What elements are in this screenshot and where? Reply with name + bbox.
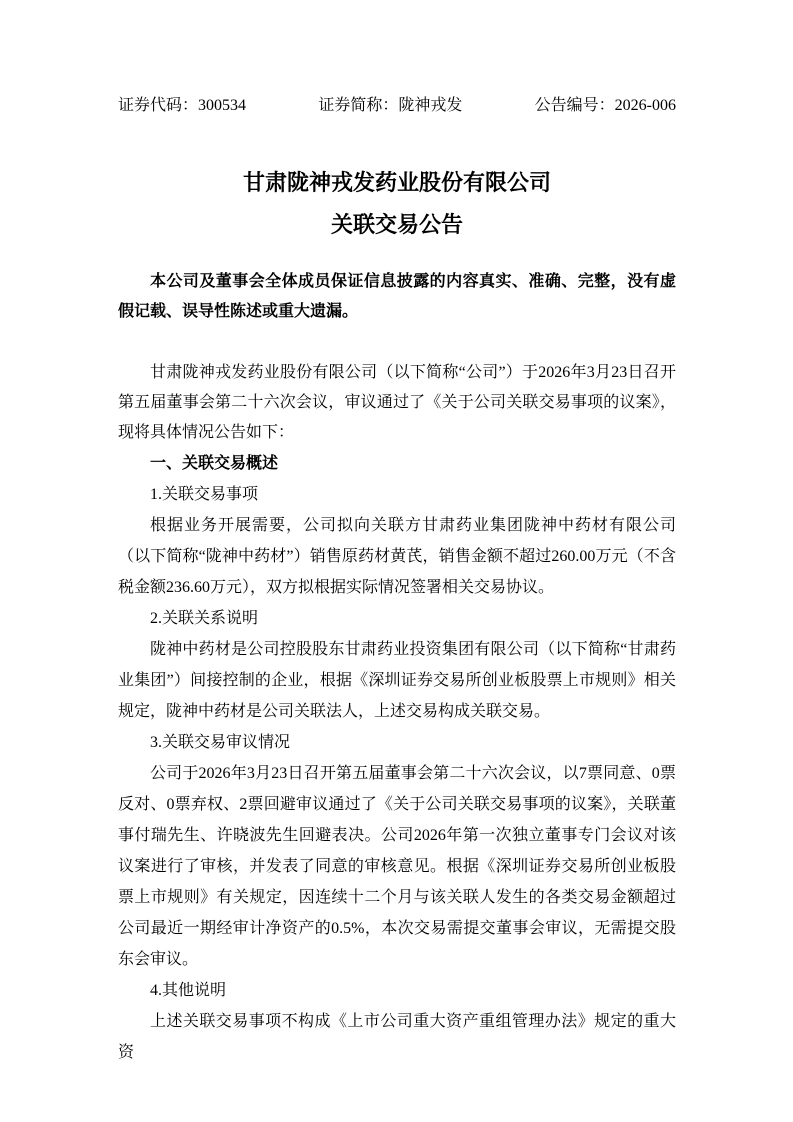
document-header: 证券代码：300534 证券简称：陇神戎发 公告编号：2026-006 — [118, 95, 676, 116]
document-page: 证券代码：300534 证券简称：陇神戎发 公告编号：2026-006 甘肃陇神… — [0, 0, 793, 1122]
document-subtitle: 关联交易公告 — [118, 210, 676, 240]
item-4-paragraph: 上述关联交易事项不构成《上市公司重大资产重组管理办法》规定的重大资 — [118, 1006, 676, 1068]
item-3-paragraph: 公司于2026年3月23日召开第五届董事会第二十六次会议，以7票同意、0票反对、… — [118, 758, 676, 975]
item-2-paragraph: 陇神中药材是公司控股股东甘肃药业投资集团有限公司（以下简称“甘肃药业集团”）间接… — [118, 634, 676, 727]
section-1-heading: 一、关联交易概述 — [118, 448, 676, 479]
stock-name-text: 证券简称：陇神戎发 — [318, 95, 462, 116]
item-3-title: 3.关联交易审议情况 — [118, 727, 676, 758]
document-title: 甘肃陇神戎发药业股份有限公司 — [118, 168, 676, 198]
item-1-title: 1.关联交易事项 — [118, 479, 676, 510]
item-4-title: 4.其他说明 — [118, 975, 676, 1006]
item-2-title: 2.关联关系说明 — [118, 603, 676, 634]
disclaimer-paragraph: 本公司及董事会全体成员保证信息披露的内容真实、准确、完整，没有虚假记载、误导性陈… — [118, 267, 676, 327]
stock-code-text: 证券代码：300534 — [118, 95, 246, 116]
intro-paragraph: 甘肃陇神戎发药业股份有限公司（以下简称“公司”）于2026年3月23日召开第五届… — [118, 358, 676, 448]
announcement-number-text: 公告编号：2026-006 — [535, 95, 676, 116]
item-1-paragraph: 根据业务开展需要，公司拟向关联方甘肃药业集团陇神中药材有限公司（以下简称“陇神中… — [118, 510, 676, 603]
